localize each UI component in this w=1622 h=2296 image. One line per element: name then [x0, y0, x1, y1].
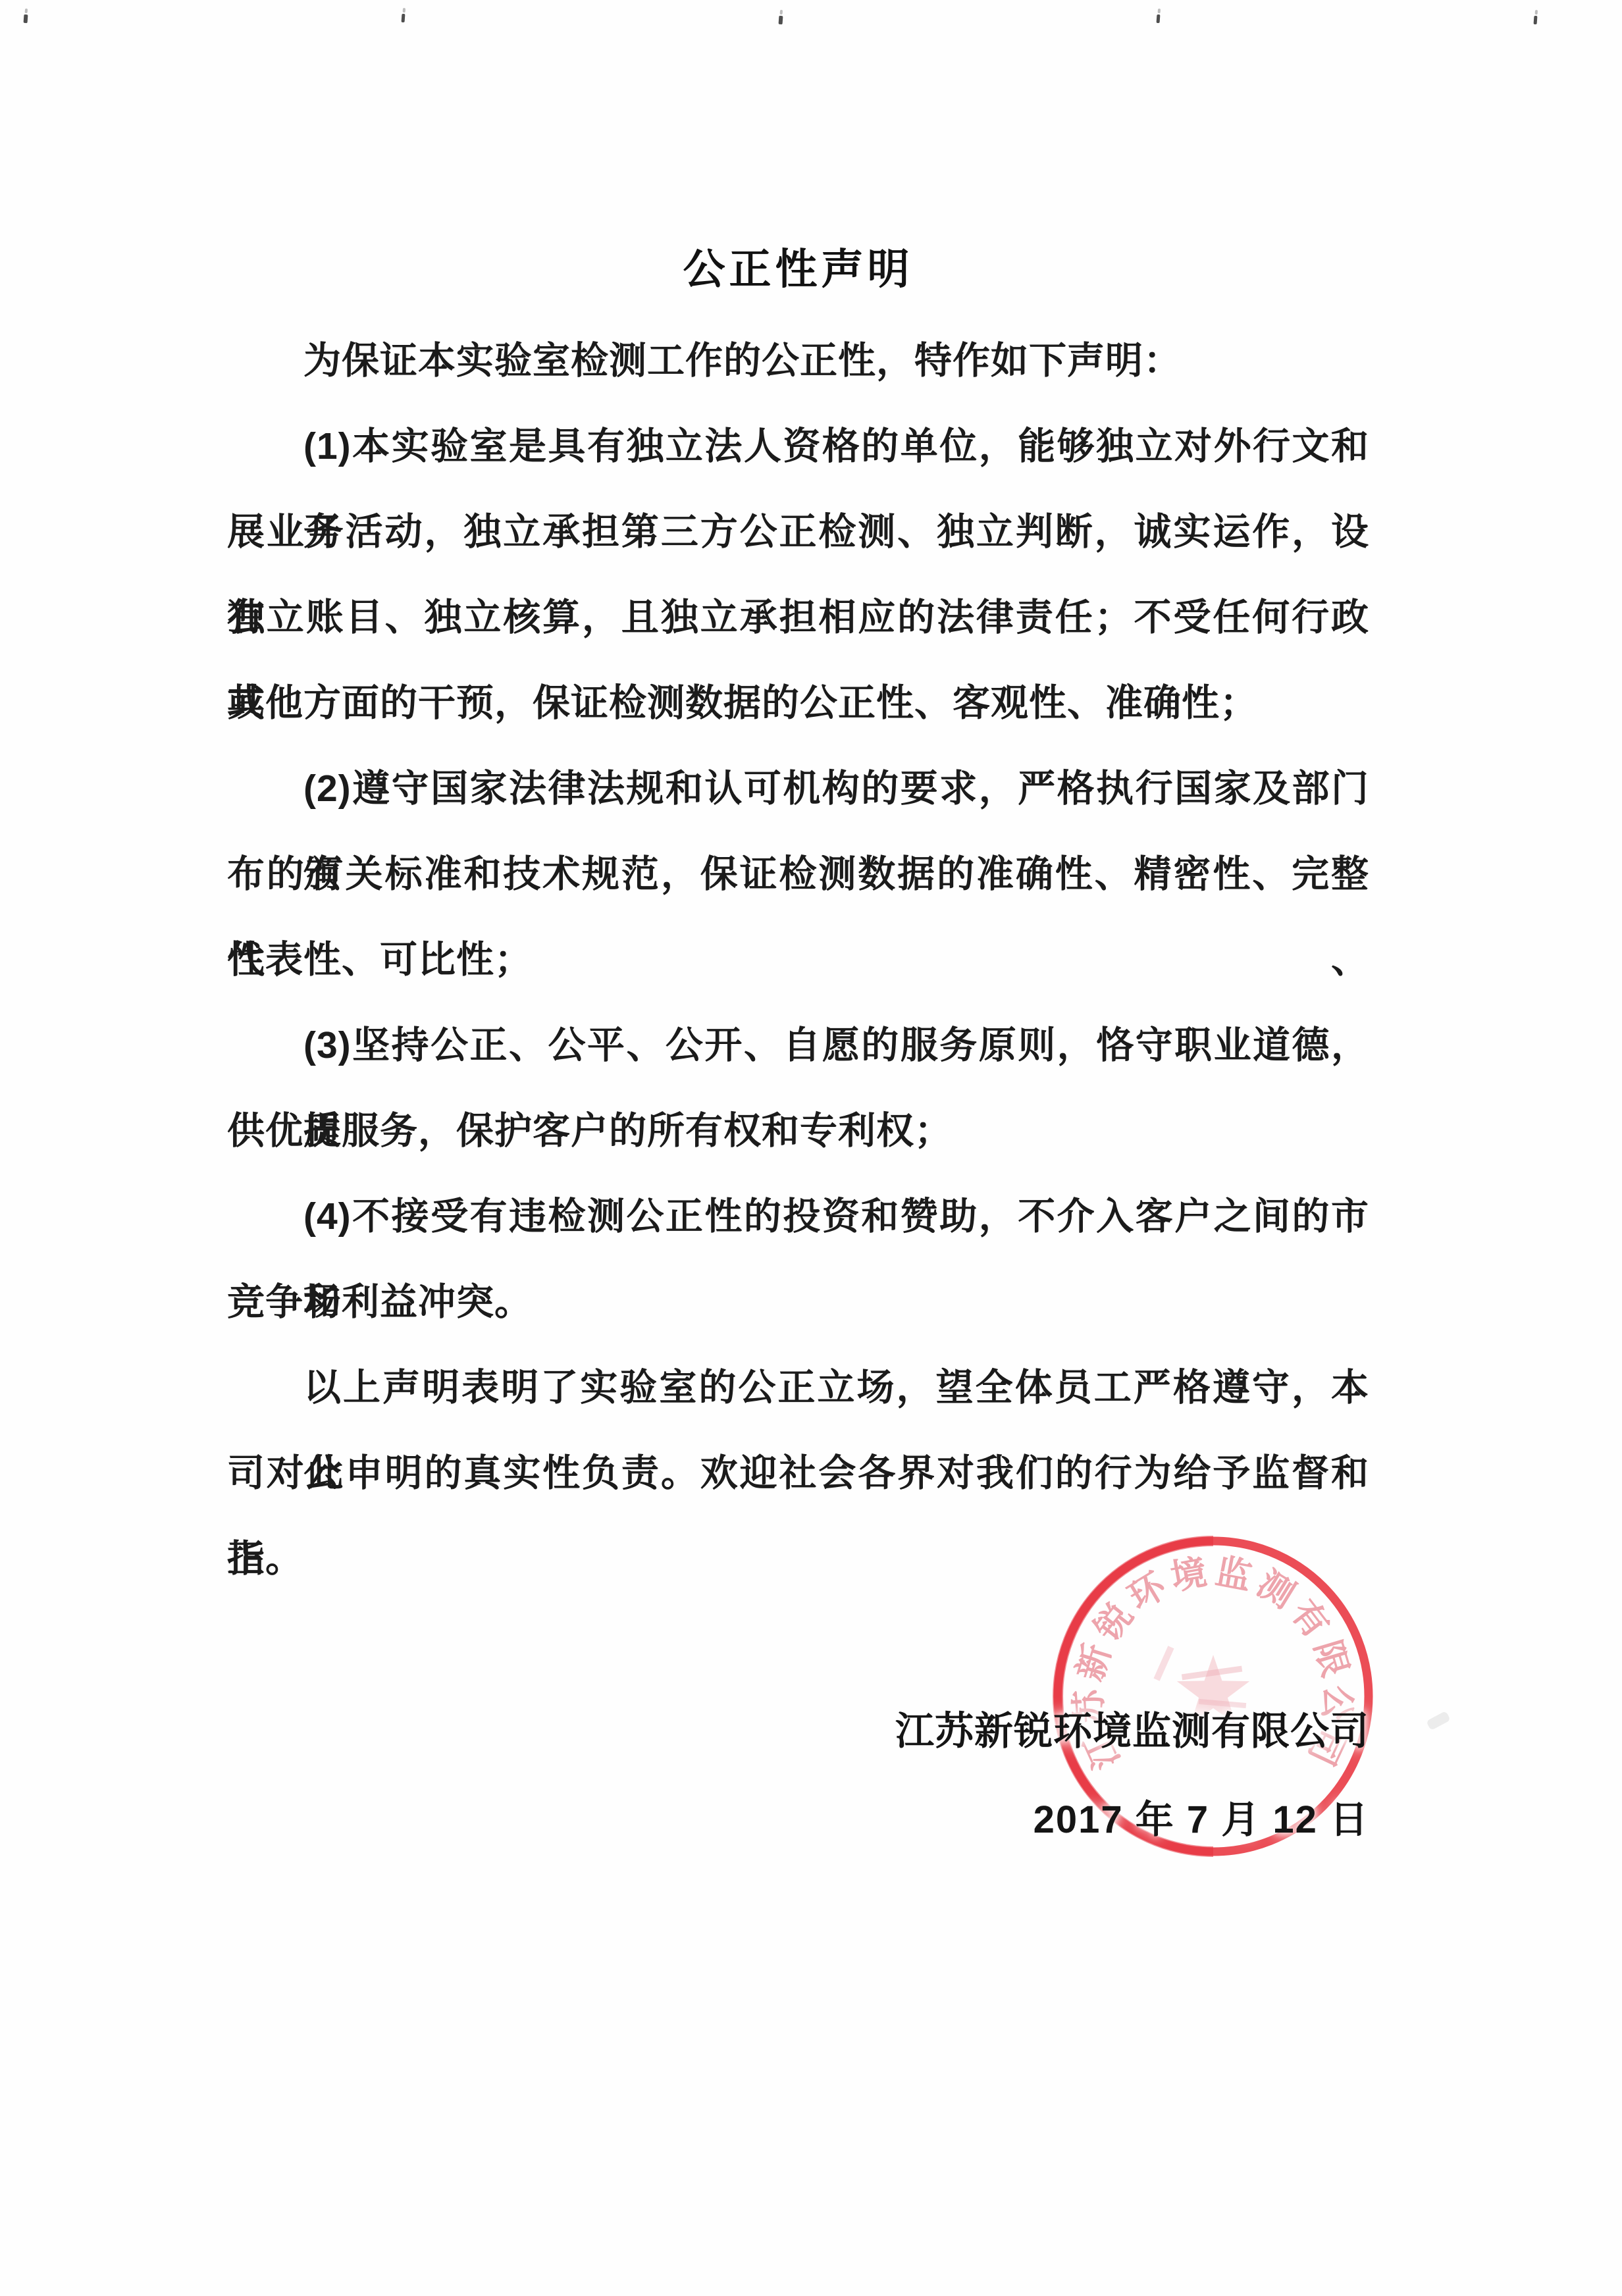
body-line: (2)遵守国家法律法规和认可机构的要求，严格执行国家及部门颁	[227, 746, 1369, 831]
scan-speck	[402, 14, 405, 22]
body-line: 以上声明表明了实验室的公正立场，望全体员工严格遵守，本公	[227, 1345, 1369, 1430]
scan-speck	[779, 16, 783, 24]
body-line: 其他方面的干预，保证检测数据的公正性、客观性、准确性；	[227, 660, 1369, 746]
body-line: 司对此申明的真实性负责。欢迎社会各界对我们的行为给予监督和指	[227, 1430, 1369, 1516]
body-line: (3)坚持公正、公平、公开、自愿的服务原则，恪守职业道德，提	[227, 1003, 1369, 1088]
scan-speck	[24, 14, 28, 23]
signature-date: 2017 年 7 月 12 日	[227, 1777, 1369, 1863]
signature-company: 江苏新锐环境监测有限公司	[227, 1688, 1369, 1774]
body-line: 为保证本实验室检测工作的公正性，特作如下声明：	[227, 318, 1369, 404]
page-title: 公正性声明	[227, 246, 1369, 292]
scan-smudge	[1426, 1711, 1451, 1731]
scanned-document-page: 公正性声明 为保证本实验室检测工作的公正性，特作如下声明： (1)本实验室是具有…	[0, 0, 1622, 2296]
body-line: 供优质服务，保护客户的所有权和专利权；	[227, 1088, 1369, 1174]
statement-body: 为保证本实验室检测工作的公正性，特作如下声明： (1)本实验室是具有独立法人资格…	[227, 318, 1369, 1602]
seal-ink-blotch	[1153, 1646, 1174, 1681]
body-line: 独立账目、独立核算，且独立承担相应的法律责任；不受任何行政或	[227, 575, 1369, 660]
scan-speck	[1534, 16, 1538, 24]
body-line: (1)本实验室是具有独立法人资格的单位，能够独立对外行文和开	[227, 404, 1369, 489]
body-line: (4)不接受有违检测公正性的投资和赞助，不介入客户之间的市场	[227, 1174, 1369, 1259]
body-line: 展业务活动，独立承担第三方公正检测、独立判断，诚实运作，设有	[227, 489, 1369, 575]
body-line: 布的有关标准和技术规范，保证检测数据的准确性、精密性、完整性、	[227, 831, 1369, 917]
body-line: 竞争和利益冲突。	[227, 1259, 1369, 1345]
scan-speck	[1157, 14, 1161, 23]
